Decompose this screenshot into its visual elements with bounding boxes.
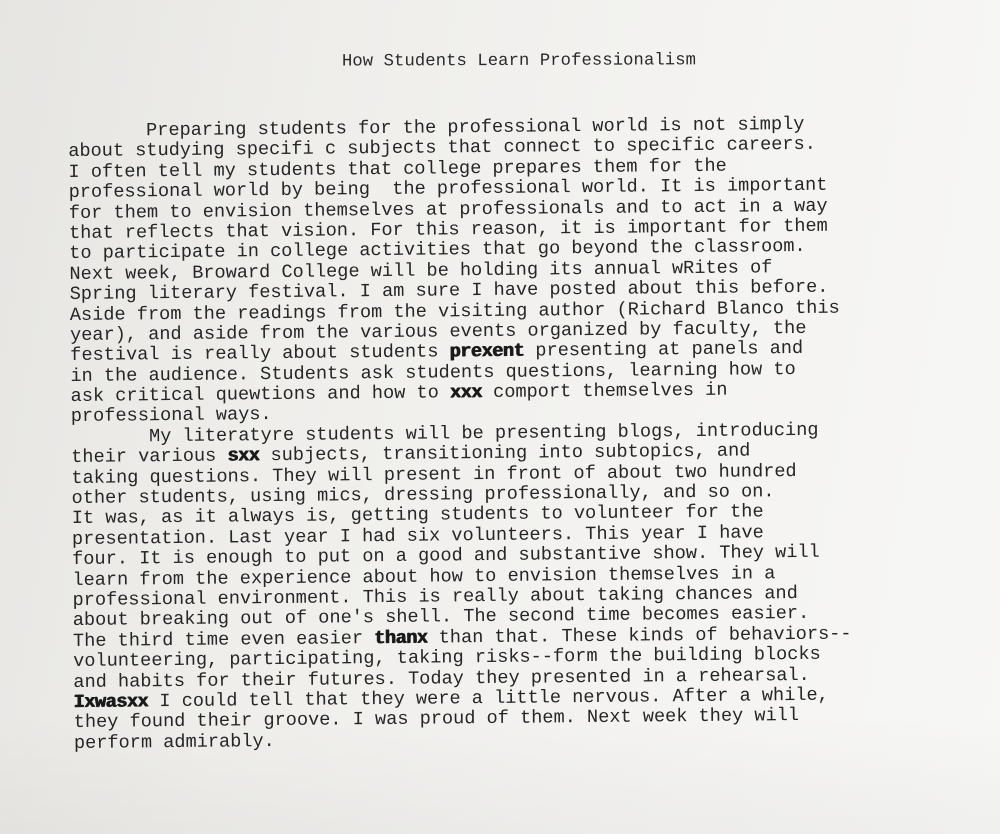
typewritten-page: How Students Learn Professionalism Prepa… xyxy=(0,0,1000,834)
overstruck-typo: xxx xyxy=(450,382,482,403)
document-title: How Students Learn Professionalism xyxy=(0,50,1000,72)
overstruck-typo: sxx xyxy=(227,445,259,466)
overstruck-typo: prexent xyxy=(450,341,525,363)
overstruck-typo: Ixwasxx xyxy=(73,691,148,713)
document-body: Preparing students for the professional … xyxy=(68,113,974,754)
overstruck-typo: thanx xyxy=(374,627,427,649)
